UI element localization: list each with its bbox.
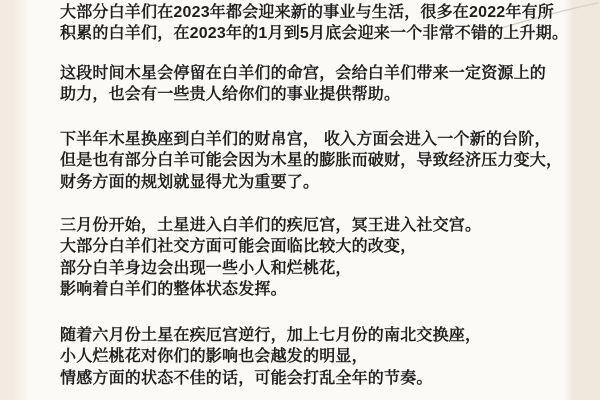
text-line: 助力，也会有一些贵人给你们的事业提供帮助。 (60, 84, 546, 105)
text-line: 大部分白羊们社交方面可能会面临比较大的改变， (60, 236, 481, 257)
text-line: 小人烂桃花对你们的影响也会越发的明显， (60, 346, 481, 367)
paragraph-5: 随着六月份土星在疾厄宫逆行，加上七月份的南北交换座， 小人烂桃花对你们的影响也会… (60, 325, 481, 389)
text-line: 积累的白羊们，在2023年的1月到5月底会迎来一个非常不错的上升期。 (60, 23, 568, 44)
paragraph-2: 这段时间木星会停留在白羊们的命宫，会给白羊们带来一定资源上的 助力，也会有一些贵… (60, 63, 546, 106)
page-left-margin (0, 0, 30, 400)
text-line: 财务方面的规划就显得尤为重要了。 (60, 172, 562, 193)
paragraph-4: 三月份开始，土星进入白羊们的疾厄宫，冥王进入社交宫。 大部分白羊们社交方面可能会… (60, 215, 481, 300)
page-right-margin (564, 0, 600, 400)
text-line: 这段时间木星会停留在白羊们的命宫，会给白羊们带来一定资源上的 (60, 63, 546, 84)
text-line: 大部分白羊们在2023年都会迎来新的事业与生活，很多在2022年有所 (60, 2, 568, 23)
text-line: 下半年木星换座到白羊们的财帛宫， 收入方面会进入一个新的台阶， (60, 129, 562, 150)
paragraph-1: 大部分白羊们在2023年都会迎来新的事业与生活，很多在2022年有所 积累的白羊… (60, 2, 568, 45)
paragraph-3: 下半年木星换座到白羊们的财帛宫， 收入方面会进入一个新的台阶， 但是也有部分白羊… (60, 129, 562, 193)
text-line: 三月份开始，土星进入白羊们的疾厄宫，冥王进入社交宫。 (60, 215, 481, 236)
horoscope-page: 大部分白羊们在2023年都会迎来新的事业与生活，很多在2022年有所 积累的白羊… (0, 0, 600, 400)
text-line: 情感方面的状态不佳的话，可能会打乱全年的节奏。 (60, 368, 481, 389)
text-line: 影响着白羊们的整体状态发挥。 (60, 279, 481, 300)
text-line: 随着六月份土星在疾厄宫逆行，加上七月份的南北交换座， (60, 325, 481, 346)
text-line: 但是也有部分白羊可能会因为木星的膨胀而破财，导致经济压力变大， (60, 150, 562, 171)
text-line: 部分白羊身边会出现一些小人和烂桃花， (60, 258, 481, 279)
